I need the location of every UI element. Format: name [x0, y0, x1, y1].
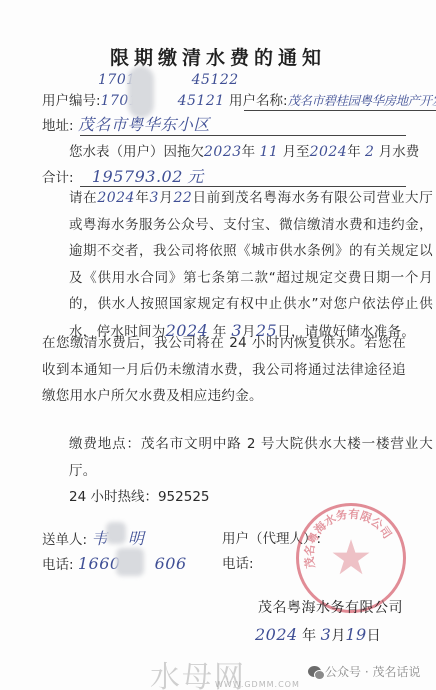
- issue-day: 19: [345, 625, 366, 644]
- address-label: 地址:: [42, 118, 74, 134]
- sender-phone-suffix: 606: [155, 554, 187, 573]
- user-id-suffix: 45121: [178, 93, 225, 109]
- arrears-start-year: 2023: [204, 144, 242, 160]
- total-value: 195793.02: [92, 167, 183, 186]
- total-unit: 元: [187, 167, 204, 186]
- wechat-icon: [308, 666, 321, 677]
- issue-date: 2024 年 3月19日: [255, 625, 381, 645]
- redaction-blur: [128, 66, 154, 118]
- address-underline: [80, 135, 406, 136]
- wechat-source-tag: 公众号 · 茂名话说: [308, 663, 420, 680]
- sender-label: 送单人:: [42, 532, 87, 548]
- arrears-start-month: 11: [259, 144, 278, 160]
- month-char: 月: [159, 190, 174, 206]
- month-char: 月: [331, 628, 345, 644]
- issuer-company: 茂名粤海水务有限公司: [258, 597, 403, 617]
- arrears-end-month: 2: [365, 144, 374, 160]
- deadline-day: 22: [173, 190, 192, 206]
- svg-text:茂名粤海水务有限公司: 茂名粤海水务有限公司: [302, 507, 395, 570]
- watermark-url: WWW.GDMM.COM: [215, 680, 300, 689]
- total-label: 合计:: [42, 170, 74, 186]
- payment-deadline-paragraph: 请在2024年3月22日前到茂名粤海水务有限公司营业大厅或粤海水务服务公众号、支…: [42, 185, 433, 345]
- sender-row: 送单人: 韦明: [42, 530, 144, 549]
- wechat-label: 公众号 · 茂名话说: [325, 663, 420, 680]
- address-value: 茂名市粤华东小区: [78, 115, 210, 134]
- day-char: 日: [367, 628, 381, 644]
- issue-month: 3: [321, 625, 332, 644]
- address-row: 地址: 茂名市粤华东小区: [42, 116, 210, 135]
- sender-name-suffix: 明: [128, 529, 145, 548]
- sender-phone-prefix: 1660: [78, 554, 121, 573]
- recipient-phone-label: 电话:: [222, 555, 254, 573]
- seal-text: 茂名粤海水务有限公司: [299, 506, 403, 610]
- year-char: 年: [135, 190, 150, 206]
- payment-location: 缴费地点：茂名市文明中路 2 号大院供水大楼一楼营业大厅。: [42, 431, 433, 484]
- year-char: 年: [347, 144, 361, 160]
- deadline-month: 3: [150, 190, 159, 206]
- redaction-blur: [116, 548, 144, 576]
- sender-phone-label: 电话:: [42, 557, 74, 573]
- deadline-year: 2024: [97, 190, 135, 206]
- hotline: 24 小时热线：952525: [69, 488, 210, 506]
- user-id-top-handwritten: 17010 45122: [98, 71, 239, 89]
- para1-body: 日前到茂名粤海水务有限公司营业大厅或粤海水务服务公众号、支付宝、微信缴清水费和违…: [69, 190, 433, 340]
- sender-phone-row: 电话: 1660606: [42, 555, 187, 574]
- arrears-mid: 月至: [283, 144, 310, 160]
- user-name-value: 茂名市碧桂园粤华房地产开发有限: [288, 93, 436, 108]
- document-title: 限期缴清水费的通知: [0, 43, 436, 70]
- arrears-prefix: 您水表（用户）因拖欠: [69, 144, 204, 160]
- user-name-label: 用户名称:: [229, 93, 288, 109]
- arrears-line: 您水表（用户）因拖欠2023年 11 月至2024年 2 月水费: [69, 143, 419, 161]
- year-char: 年: [298, 628, 321, 644]
- para1-prefix: 请在: [69, 190, 97, 206]
- user-id-label: 用户编号:: [42, 93, 101, 109]
- arrears-suffix: 月水费: [379, 144, 420, 160]
- notice-page: 限期缴清水费的通知 17010 45122 用户编号:1701045121 用户…: [0, 0, 436, 690]
- user-name-underline: [244, 110, 436, 111]
- user-id-top-suffix: 45122: [192, 72, 239, 88]
- restore-supply-paragraph: 在您缴清水费后，我公司将在 24 小时内恢复供水。若您在收到本通知一月后仍未缴清…: [42, 330, 406, 410]
- issue-year: 2024: [255, 625, 298, 644]
- arrears-end-year: 2024: [310, 144, 348, 160]
- year-char: 年: [242, 144, 256, 160]
- user-id-row: 用户编号:1701045121 用户名称:茂名市碧桂园粤华房地产开发有限: [42, 92, 436, 110]
- redaction-blur: [106, 522, 126, 544]
